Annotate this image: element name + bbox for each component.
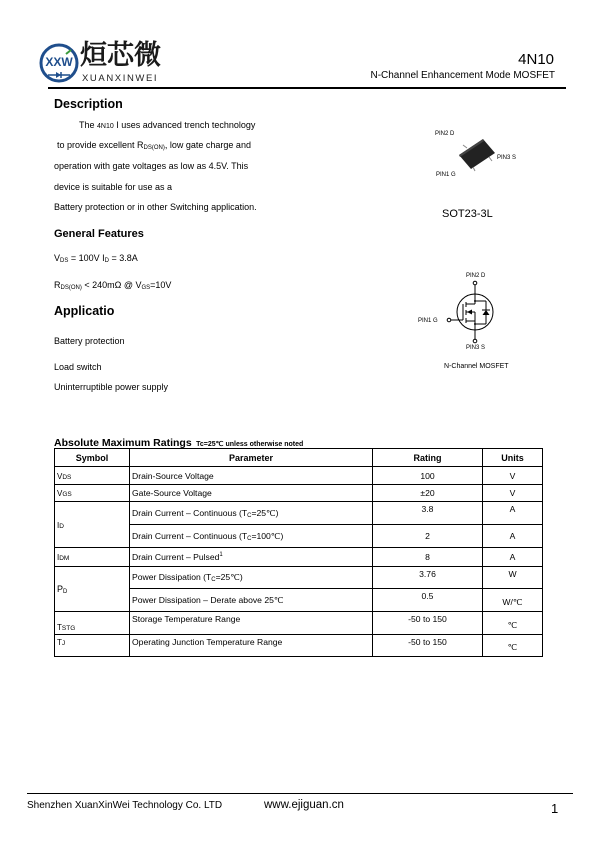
- package-pin2-label: PIN2 D: [435, 131, 454, 137]
- description-heading: Description: [54, 97, 123, 111]
- unit-cell: A: [483, 525, 543, 548]
- package-name: SOT23-3L: [442, 208, 493, 220]
- column-header: Parameter: [130, 449, 373, 467]
- subscript: D: [63, 589, 67, 595]
- feature-rdson: RDS(ON) < 240mΩ @ VGS=10V: [54, 279, 171, 294]
- logo-mark-icon: XXW: [38, 42, 82, 86]
- logo-chinese-name: 烜芯微: [80, 41, 161, 71]
- table-row: TJ Operating Junction Temperature Range …: [55, 635, 543, 657]
- parameter-cell: Gate-Source Voltage: [130, 485, 373, 502]
- part-description: N-Channel Enhancement Mode MOSFET: [370, 70, 555, 81]
- subscript: GS: [62, 491, 71, 498]
- text: =25℃): [216, 572, 243, 582]
- table-row: IDM Drain Current – Pulsed1 8 A: [55, 548, 543, 567]
- unit-cell: V: [483, 467, 543, 485]
- description-line-2: to provide excellent RDS(ON), low gate c…: [57, 139, 251, 154]
- text: Drain Current – Pulsed: [132, 552, 219, 562]
- symbol-cell: VDS: [55, 467, 130, 485]
- table-row: VGS Gate-Source Voltage ±20 V: [55, 485, 543, 502]
- footer-divider: [27, 793, 573, 794]
- ratings-condition: Tc=25℃ unless otherwise noted: [196, 441, 303, 448]
- rating-cell: 3.76: [373, 567, 483, 589]
- subscript: GS: [141, 285, 150, 291]
- feature-vds-id: VDS = 100V ID = 3.8A: [54, 252, 138, 267]
- column-header: Rating: [373, 449, 483, 467]
- header-divider: [48, 87, 566, 89]
- applications-heading: Applicatio: [54, 304, 114, 318]
- text: Drain Current – Continuous (T: [132, 508, 247, 518]
- symbol-cell: PD: [55, 567, 130, 612]
- features-heading: General Features: [54, 228, 144, 240]
- subscript: DS(ON): [61, 285, 82, 291]
- symbol-cell: IDM: [55, 548, 130, 567]
- text: , low gate charge and: [165, 140, 251, 150]
- text: The: [79, 120, 95, 130]
- footer-company: Shenzhen XuanXinWei Technology Co. LTD: [27, 800, 222, 811]
- description-line-5: Battery protection or in other Switching…: [54, 201, 257, 213]
- part-number: 4N10: [518, 51, 554, 68]
- logo-english-name: XUANXINWEI: [82, 73, 158, 84]
- subscript: DS(ON): [144, 145, 165, 151]
- unit-cell: A: [483, 548, 543, 567]
- svg-text:XXW: XXW: [45, 55, 73, 69]
- unit-cell: ℃: [483, 612, 543, 635]
- application-item: Battery protection: [54, 335, 125, 347]
- footer-website-link[interactable]: www.ejiguan.cn: [264, 799, 344, 811]
- column-header: Units: [483, 449, 543, 467]
- description-line-1: The 4N10 I uses advanced trench technolo…: [79, 119, 255, 133]
- subscript: DS: [62, 474, 71, 481]
- rating-cell: -50 to 150: [373, 635, 483, 657]
- symbol-cell: TSTG: [55, 612, 130, 635]
- parameter-cell: Storage Temperature Range: [130, 612, 373, 635]
- text: Drain Current – Continuous (T: [132, 531, 247, 541]
- table-header-row: Symbol Parameter Rating Units: [55, 449, 543, 467]
- parameter-cell: Operating Junction Temperature Range: [130, 635, 373, 657]
- text: =100℃): [251, 531, 283, 541]
- package-pin1-label: PIN1 G: [436, 172, 456, 178]
- subscript: J: [62, 640, 65, 647]
- sot23-package-icon: [455, 135, 500, 173]
- symbol-cell: TJ: [55, 635, 130, 657]
- description-line-4: device is suitable for use as a: [54, 181, 172, 193]
- text: to provide excellent R: [57, 140, 144, 150]
- text: = 100V I: [68, 253, 104, 263]
- parameter-cell: Power Dissipation (TC=25℃): [130, 567, 373, 589]
- rating-cell: 2: [373, 525, 483, 548]
- symbol-cell: VGS: [55, 485, 130, 502]
- text: = 3.8A: [109, 253, 138, 263]
- application-item: Load switch: [54, 361, 102, 373]
- unit-cell: A: [483, 502, 543, 525]
- symbol-cell: ID: [55, 502, 130, 548]
- parameter-cell: Drain Current – Continuous (TC=100℃): [130, 525, 373, 548]
- unit-cell: W/℃: [483, 589, 543, 612]
- part-ref: 4N10: [97, 123, 114, 130]
- application-item: Uninterruptible power supply: [54, 381, 168, 393]
- parameter-cell: Power Dissipation – Derate above 25℃: [130, 589, 373, 612]
- table-row: VDS Drain-Source Voltage 100 V: [55, 467, 543, 485]
- subscript: STG: [62, 625, 75, 632]
- unit-cell: W: [483, 567, 543, 589]
- table-row: PD Power Dissipation (TC=25℃) 3.76 W: [55, 567, 543, 589]
- rating-cell: 3.8: [373, 502, 483, 525]
- text: =10V: [150, 280, 171, 290]
- ratings-table: Symbol Parameter Rating Units VDS Drain-…: [54, 448, 543, 657]
- table-row: ID Drain Current – Continuous (TC=25℃) 3…: [55, 502, 543, 525]
- rating-cell: -50 to 150: [373, 612, 483, 635]
- rating-cell: ±20: [373, 485, 483, 502]
- column-header: Symbol: [55, 449, 130, 467]
- rating-cell: 100: [373, 467, 483, 485]
- description-line-3: operation with gate voltages as low as 4…: [54, 160, 248, 172]
- page-number: 1: [551, 801, 558, 816]
- text: < 240mΩ @ V: [82, 280, 142, 290]
- parameter-cell: Drain-Source Voltage: [130, 467, 373, 485]
- subscript: D: [59, 523, 64, 530]
- text: I uses advanced trench technology: [116, 120, 255, 130]
- rating-cell: 8: [373, 548, 483, 567]
- text: =25℃): [251, 508, 278, 518]
- unit-cell: ℃: [483, 635, 543, 657]
- table-row: TSTG Storage Temperature Range -50 to 15…: [55, 612, 543, 635]
- schematic-pin2-label: PIN2 D: [466, 273, 485, 279]
- schematic-pin3-label: PIN3 S: [466, 345, 485, 351]
- mosfet-symbol-icon: [444, 280, 500, 344]
- schematic-caption: N-Channel MOSFET: [444, 363, 509, 370]
- parameter-cell: Drain Current – Pulsed1: [130, 548, 373, 567]
- rating-cell: 0.5: [373, 589, 483, 612]
- schematic-pin1-label: PIN1 G: [418, 318, 438, 324]
- text: Power Dissipation (T: [132, 572, 211, 582]
- unit-cell: V: [483, 485, 543, 502]
- parameter-cell: Drain Current – Continuous (TC=25℃): [130, 502, 373, 525]
- subscript: DM: [59, 555, 69, 562]
- footnote-ref: 1: [219, 552, 222, 558]
